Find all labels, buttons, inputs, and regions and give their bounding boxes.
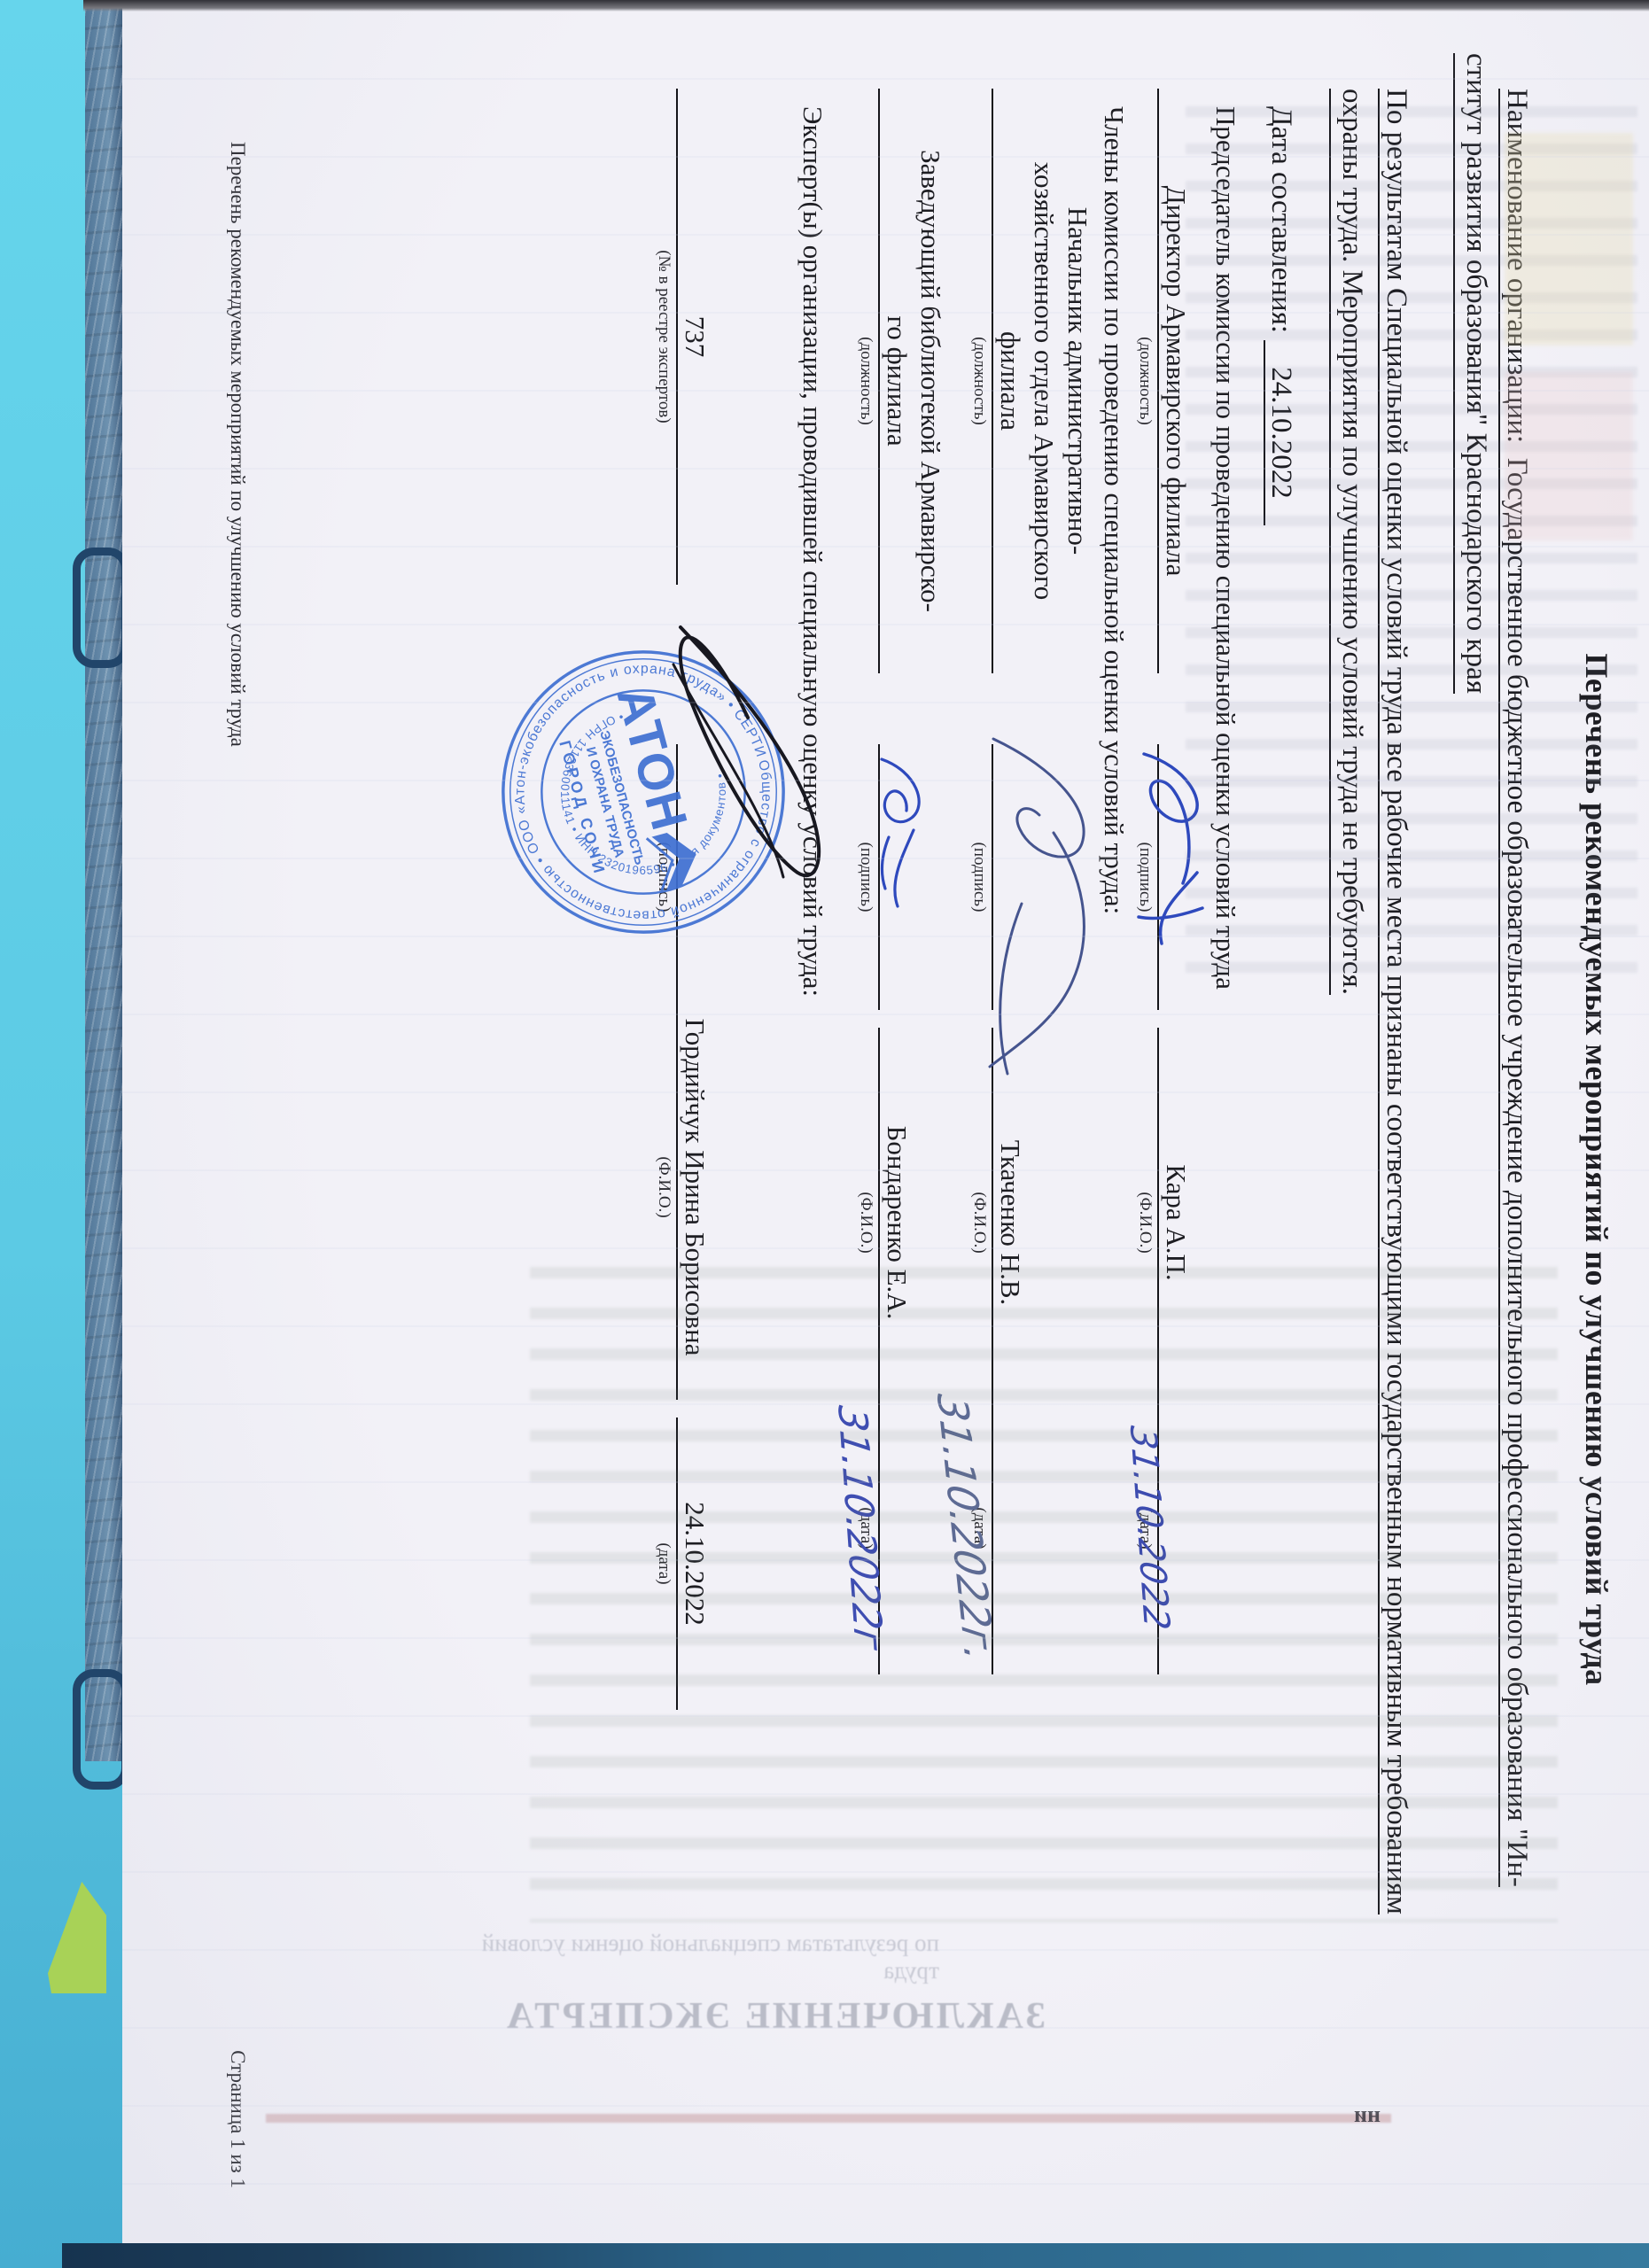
- summary-line1: По результатам Специальной оценки услови…: [1376, 89, 1417, 1915]
- signer-name: Кара А.П.: [1159, 1028, 1210, 1417]
- caption-name: (Ф.И.О.): [654, 975, 676, 1400]
- caption-date: (дата): [654, 1417, 676, 1710]
- footer-page-number: Страница 1 из 1: [226, 1896, 249, 2188]
- binder-ring-icon: [73, 548, 129, 668]
- section-experts: Эксперт(ы) организации, проводившей спец…: [797, 106, 828, 997]
- role-text: Начальник административно-хозяйственного…: [993, 89, 1098, 673]
- signer-name: Бондаренко Е.А.: [880, 1028, 953, 1417]
- binder-ring-icon: [73, 1669, 129, 1790]
- org-name-line1: Наименование организации: Государственно…: [1497, 89, 1537, 1887]
- summary-line2: охраны труда. Мероприятия по улучшению у…: [1329, 89, 1373, 995]
- caption-name: (Ф.И.О.): [856, 1028, 878, 1417]
- compose-date-label: Дата составления:: [1265, 106, 1297, 333]
- caption-role: (должность): [856, 89, 878, 673]
- org-label: Наименование организации:: [1501, 89, 1533, 443]
- signer-name: Ткаченко Н.В.: [993, 1028, 1098, 1417]
- caption-sign: (подпись): [969, 744, 992, 1010]
- section-chairman: Председатель комиссии по проведению спец…: [1210, 106, 1241, 990]
- section-members: Члены комиссии по проведению специальной…: [1098, 106, 1130, 914]
- compose-date-value: 24.10.2022: [1264, 340, 1297, 525]
- aton-company-stamp: Общество с ограниченной ответственностью…: [494, 643, 792, 941]
- scanned-document-page: Перечень рекомендуемых мероприятий по ул…: [0, 0, 1649, 2268]
- document-sheet: Перечень рекомендуемых мероприятий по ул…: [122, 0, 1649, 2268]
- folder-spine-edge: [85, 7, 127, 1761]
- role-text: Директор Армавирского филиала: [1159, 89, 1210, 673]
- role-text: Заведующий библиотекой Армавирско-го фил…: [880, 89, 953, 673]
- signer-name: Гордийчук Ирина Борисовна: [678, 975, 752, 1400]
- footer-doc-name: Перечень рекомендуемых мероприятий по ул…: [226, 142, 249, 747]
- caption-name: (Ф.И.О.): [969, 1028, 992, 1417]
- compose-date-line: Дата составления: 24.10.2022: [1261, 106, 1302, 525]
- caption-sign: (подпись): [856, 744, 878, 1010]
- handwritten-date: 31.10.2022: [1125, 1425, 1173, 1632]
- caption-role: (должность): [969, 89, 992, 673]
- caption-expert-no: (№ в реестре экспертов): [654, 89, 676, 585]
- expert-register-number: 737: [678, 89, 752, 585]
- caption-name: (Ф.И.О.): [1135, 1028, 1157, 1417]
- caption-sign: (подпись): [1135, 744, 1157, 1010]
- scanner-edge-shadow-top: [83, 0, 1649, 12]
- page-title: Перечень рекомендуемых мероприятий по ул…: [1578, 89, 1615, 2250]
- org-name-line2: ститут развития образования" Краснодарск…: [1453, 53, 1497, 694]
- folder-edge-bottom: [62, 2243, 1649, 2268]
- caption-role: (должность): [1135, 89, 1157, 673]
- expert-date: 24.10.2022: [678, 1417, 752, 1710]
- org-value-part1: Государственное бюджетное образовательно…: [1501, 458, 1533, 1887]
